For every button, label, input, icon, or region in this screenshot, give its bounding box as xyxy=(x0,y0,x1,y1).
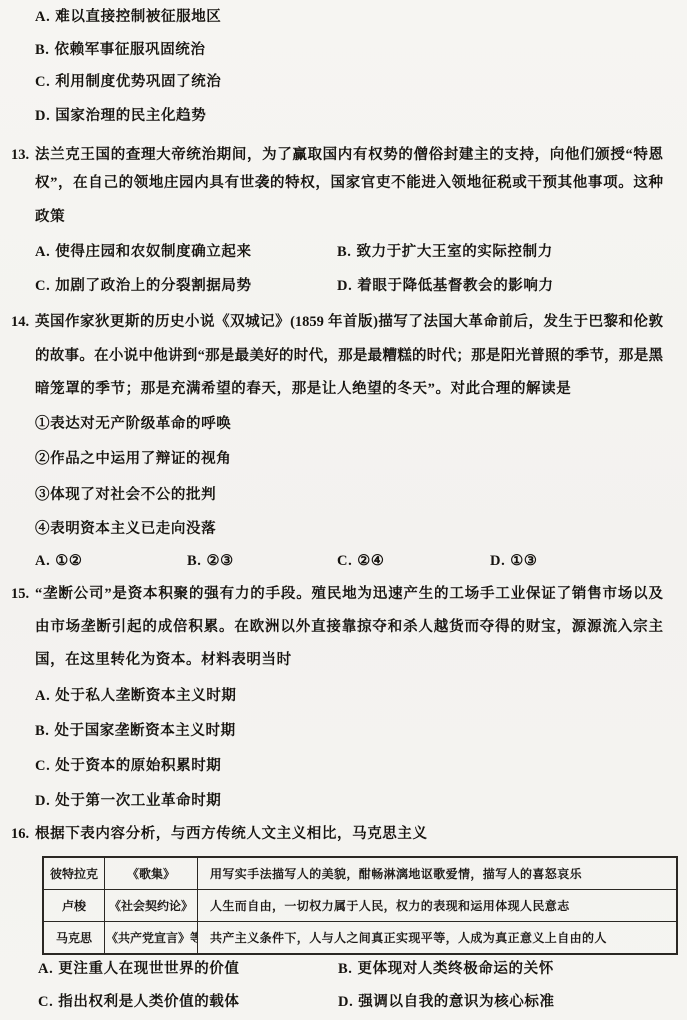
table-row: 卢梭 《社会契约论》 人生而自由，一切权力属于人民，权力的表现和运用体现人民意志 xyxy=(43,890,677,922)
table-cell-person: 彼特拉克 xyxy=(43,857,105,890)
question-13-stem-line: 权”，在自己的领地庄园内具有世袭的特权，国家官吏不能进入领地征税或干预其他事项。… xyxy=(35,173,663,194)
question-16-option-c: C.指出权利是人类价值的载体 xyxy=(38,992,240,1013)
option-text: 着眼于降低基督教会的影响力 xyxy=(357,278,553,294)
question-15-option-c: C.处于资本的原始积累时期 xyxy=(35,756,221,777)
question-14-option-c: C.②④ xyxy=(337,551,385,572)
question-13-options-row: A.使得庄园和农奴制度确立起来 B.致力于扩大王室的实际控制力 xyxy=(0,242,687,263)
option-text: 利用制度优势巩固了统治 xyxy=(55,74,221,90)
option-label: C. xyxy=(35,758,50,774)
option-text: 指出权利是人类价值的载体 xyxy=(58,994,239,1010)
option-label: D. xyxy=(35,108,50,124)
table-cell-description: 人生而自由，一切权力属于人民，权力的表现和运用体现人民意志 xyxy=(198,890,678,922)
question-13-option-b: B.致力于扩大王室的实际控制力 xyxy=(337,242,553,263)
prev-question-option-c: C.利用制度优势巩固了统治 xyxy=(35,72,221,93)
question-14-item-3: ③体现了对社会不公的批判 xyxy=(35,485,216,506)
option-label: A. xyxy=(35,688,50,704)
option-text: 更体现对人类终极命运的关怀 xyxy=(358,961,554,977)
question-15-number: 15. xyxy=(11,584,29,605)
question-14-stem-line: 英国作家狄更斯的历史小说《双城记》(1859 年首版)描写了法国大革命前后，发生… xyxy=(35,312,663,333)
humanism-comparison-table: 彼特拉克 《歌集》 用写实手法描写人的美貌，酣畅淋漓地讴歌爱情，描写人的喜怒哀乐… xyxy=(42,856,678,955)
option-text: 加剧了政治上的分裂割据局势 xyxy=(55,278,251,294)
prev-question-option-d: D.国家治理的民主化趋势 xyxy=(35,106,206,127)
question-15-option-b: B.处于国家垄断资本主义时期 xyxy=(35,721,236,742)
question-14-item-1: ①表达对无产阶级革命的呼唤 xyxy=(35,414,231,435)
table-row: 彼特拉克 《歌集》 用写实手法描写人的美貌，酣畅淋漓地讴歌爱情，描写人的喜怒哀乐 xyxy=(43,857,677,890)
question-14-option-a: A.①② xyxy=(35,551,83,572)
table-cell-person: 马克思 xyxy=(43,922,105,955)
question-14-item-4: ④表明资本主义已走向没落 xyxy=(35,519,216,540)
question-15-stem-line: 由市场垄断引起的成倍积累。在欧洲以外直接靠掠夺和杀人越货而夺得的财宝，源源流入宗… xyxy=(35,617,663,638)
table-row: 马克思 《共产党宣言》等 共产主义条件下，人与人之间真正实现平等，人成为真正意义… xyxy=(43,922,677,955)
option-label: C. xyxy=(35,74,50,90)
question-13-option-d: D.着眼于降低基督教会的影响力 xyxy=(337,276,554,297)
option-text: ②④ xyxy=(357,553,384,569)
question-16-options-row: A.更注重人在现世世界的价值 B.更体现对人类终极命运的关怀 xyxy=(0,959,687,980)
option-text: 致力于扩大王室的实际控制力 xyxy=(357,244,553,260)
option-text: 强调以自我的意识为核心标准 xyxy=(358,994,554,1010)
option-text: ②③ xyxy=(207,553,234,569)
option-text: ①② xyxy=(55,553,82,569)
question-16-option-a: A.更注重人在现世世界的价值 xyxy=(38,959,240,980)
question-15-stem-line: 国，在这里转化为资本。材料表明当时 xyxy=(35,650,292,671)
option-label: C. xyxy=(337,553,352,569)
question-14-stem-line: 暗笼罩的季节；那是充满希望的春天，那是让人绝望的冬天”。对此合理的解读是 xyxy=(35,379,571,400)
table-cell-description: 用写实手法描写人的美貌，酣畅淋漓地讴歌爱情，描写人的喜怒哀乐 xyxy=(198,857,678,890)
prev-question-option-a: A.难以直接控制被征服地区 xyxy=(35,7,221,28)
question-14-number: 14. xyxy=(11,312,29,333)
question-13-option-c: C.加剧了政治上的分裂割据局势 xyxy=(35,276,252,297)
option-label: D. xyxy=(490,553,505,569)
table-cell-description: 共产主义条件下，人与人之间真正实现平等，人成为真正意义上自由的人 xyxy=(198,922,678,955)
option-text: 处于私人垄断资本主义时期 xyxy=(55,688,236,704)
option-text: 处于资本的原始积累时期 xyxy=(55,758,221,774)
question-13-option-a: A.使得庄园和农奴制度确立起来 xyxy=(35,242,252,263)
table-cell-work: 《共产党宣言》等 xyxy=(105,922,198,955)
question-16-number: 16. xyxy=(11,824,29,845)
option-label: D. xyxy=(337,278,352,294)
question-16-option-d: D.强调以自我的意识为核心标准 xyxy=(338,992,555,1013)
question-13-stem-line: 法兰克王国的查理大帝统治期间，为了赢取国内有权势的僧俗封建主的支持，向他们颁授“… xyxy=(35,145,663,166)
option-text: 难以直接控制被征服地区 xyxy=(55,9,221,25)
option-label: B. xyxy=(338,961,353,977)
question-16-options-row: C.指出权利是人类价值的载体 D.强调以自我的意识为核心标准 xyxy=(0,992,687,1013)
question-13-options-row: C.加剧了政治上的分裂割据局势 D.着眼于降低基督教会的影响力 xyxy=(0,276,687,297)
option-text: 国家治理的民主化趋势 xyxy=(55,108,206,124)
option-label: B. xyxy=(187,553,202,569)
option-label: C. xyxy=(38,994,53,1010)
option-label: B. xyxy=(35,723,50,739)
table-cell-work: 《社会契约论》 xyxy=(105,890,198,922)
prev-question-option-b: B.依赖军事征服巩固统治 xyxy=(35,40,206,61)
option-text: 使得庄园和农奴制度确立起来 xyxy=(55,244,251,260)
option-label: D. xyxy=(35,793,50,809)
question-13-number: 13. xyxy=(11,145,29,166)
question-14-option-d: D.①③ xyxy=(490,551,538,572)
option-text: ①③ xyxy=(510,553,537,569)
question-16-stem: 根据下表内容分析，与西方传统人文主义相比，马克思主义 xyxy=(35,824,428,845)
question-14-item-2: ②作品之中运用了辩证的视角 xyxy=(35,449,231,470)
option-label: A. xyxy=(35,553,50,569)
option-text: 依赖军事征服巩固统治 xyxy=(55,42,206,58)
question-13-stem-line: 政策 xyxy=(35,207,65,228)
option-label: C. xyxy=(35,278,50,294)
option-text: 更注重人在现世世界的价值 xyxy=(58,961,239,977)
question-15-option-d: D.处于第一次工业革命时期 xyxy=(35,791,221,812)
table-cell-work: 《歌集》 xyxy=(105,857,198,890)
question-14-option-b: B.②③ xyxy=(187,551,234,572)
question-15-stem-line: “垄断公司”是资本积聚的强有力的手段。殖民地为迅速产生的工场手工业保证了销售市场… xyxy=(35,584,663,605)
table-cell-person: 卢梭 xyxy=(43,890,105,922)
option-label: A. xyxy=(35,244,50,260)
option-label: A. xyxy=(38,961,53,977)
question-14-options-row: A.①② B.②③ C.②④ D.①③ xyxy=(0,551,687,572)
option-text: 处于第一次工业革命时期 xyxy=(55,793,221,809)
option-label: A. xyxy=(35,9,50,25)
exam-paper-scan: A.难以直接控制被征服地区 B.依赖军事征服巩固统治 C.利用制度优势巩固了统治… xyxy=(0,0,687,1020)
option-label: B. xyxy=(337,244,352,260)
option-text: 处于国家垄断资本主义时期 xyxy=(55,723,236,739)
question-16-option-b: B.更体现对人类终极命运的关怀 xyxy=(338,959,554,980)
question-15-option-a: A.处于私人垄断资本主义时期 xyxy=(35,686,237,707)
option-label: D. xyxy=(338,994,353,1010)
option-label: B. xyxy=(35,42,50,58)
question-14-stem-line: 的故事。在小说中他讲到“那是最美好的时代，那是最糟糕的时代；那是阳光普照的季节，… xyxy=(35,346,663,367)
